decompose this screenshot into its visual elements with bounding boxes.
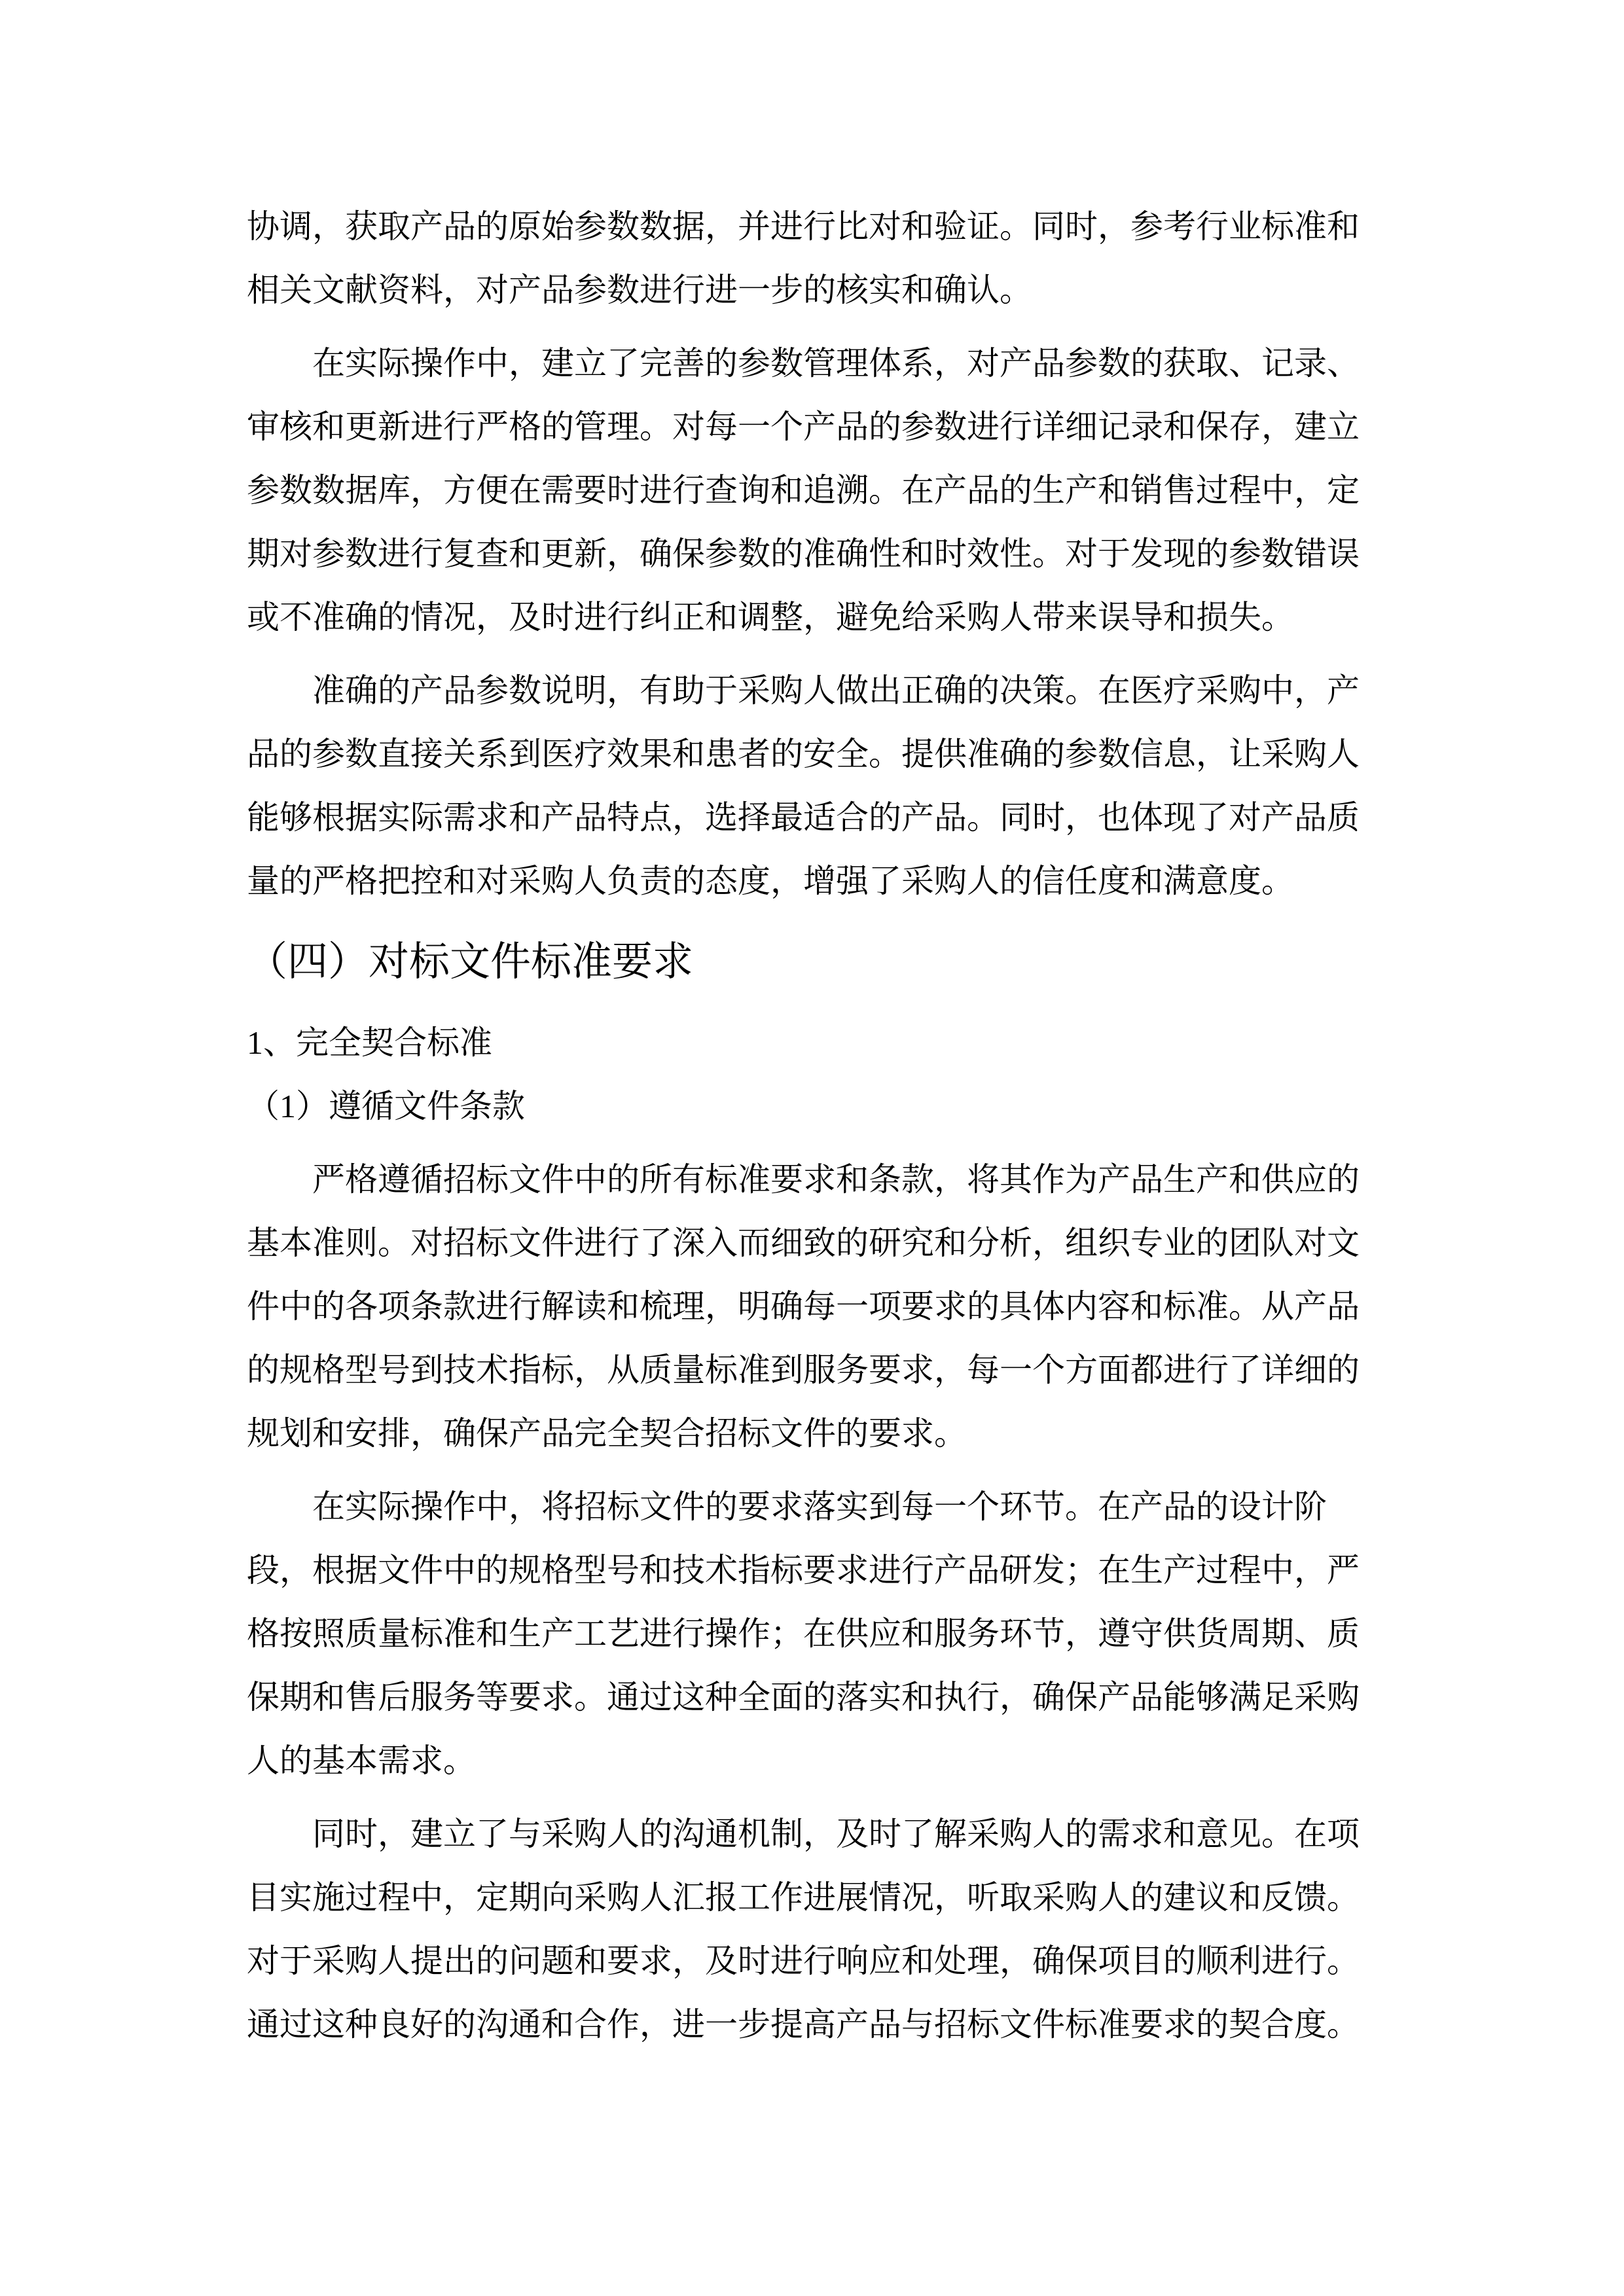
text-line: 审核和更新进行严格的管理。对每一个产品的参数进行详细记录和保存，建立: [247, 395, 1379, 459]
section-heading-block: （四）对标文件标准要求: [247, 923, 1379, 1001]
text-line: 同时，建立了与采购人的沟通机制，及时了解采购人的需求和意见。在项: [247, 1803, 1379, 1866]
paragraph: 协调，获取产品的原始参数数据，并进行比对和验证。同时，参考行业标准和 相关文献资…: [247, 195, 1379, 322]
text-line: 准确的产品参数说明，有助于采购人做出正确的决策。在医疗采购中，产: [247, 659, 1379, 723]
document-page: 协调，获取产品的原始参数数据，并进行比对和验证。同时，参考行业标准和 相关文献资…: [0, 0, 1624, 2296]
text-line: 参数数据库，方便在需要时进行查询和追溯。在产品的生产和销售过程中，定: [247, 459, 1379, 522]
text-line: 对于采购人提出的问题和要求，及时进行响应和处理，确保项目的顺利进行。: [247, 1929, 1379, 1993]
paragraph: 严格遵循招标文件中的所有标准要求和条款，将其作为产品生产和供应的 基本准则。对招…: [247, 1148, 1379, 1465]
sub-item-heading-block: （1）遵循文件条款: [247, 1075, 1379, 1138]
document-body: 协调，获取产品的原始参数数据，并进行比对和验证。同时，参考行业标准和 相关文献资…: [247, 195, 1379, 2056]
text-line: 在实际操作中，建立了完善的参数管理体系，对产品参数的获取、记录、: [247, 332, 1379, 395]
text-line: 目实施过程中，定期向采购人汇报工作进展情况，听取采购人的建议和反馈。: [247, 1866, 1379, 1929]
text-line: 能够根据实际需求和产品特点，选择最适合的产品。同时，也体现了对产品质: [247, 786, 1379, 850]
section-heading: （四）对标文件标准要求: [247, 923, 1379, 1001]
text-line: 量的严格把控和对采购人负责的态度，增强了采购人的信任度和满意度。: [247, 850, 1379, 913]
text-line: 通过这种良好的沟通和合作，进一步提高产品与招标文件标准要求的契合度。: [247, 1993, 1379, 2056]
numbered-item-heading-block: 1、完全契合标准: [247, 1011, 1379, 1075]
text-line: 品的参数直接关系到医疗效果和患者的安全。提供准确的参数信息，让采购人: [247, 723, 1379, 786]
text-line: 人的基本需求。: [247, 1729, 1379, 1793]
paragraph: 准确的产品参数说明，有助于采购人做出正确的决策。在医疗采购中，产 品的参数直接关…: [247, 659, 1379, 913]
paragraph: 同时，建立了与采购人的沟通机制，及时了解采购人的需求和意见。在项 目实施过程中，…: [247, 1803, 1379, 2056]
text-line: 保期和售后服务等要求。通过这种全面的落实和执行，确保产品能够满足采购: [247, 1666, 1379, 1729]
paragraph: 在实际操作中，将招标文件的要求落实到每一个环节。在产品的设计阶 段，根据文件中的…: [247, 1475, 1379, 1793]
text-line: 段，根据文件中的规格型号和技术指标要求进行产品研发；在生产过程中，严: [247, 1539, 1379, 1602]
text-line: 协调，获取产品的原始参数数据，并进行比对和验证。同时，参考行业标准和: [247, 195, 1379, 259]
sub-item-heading: （1）遵循文件条款: [247, 1075, 1379, 1138]
text-line: 格按照质量标准和生产工艺进行操作；在供应和服务环节，遵守供货周期、质: [247, 1602, 1379, 1666]
numbered-item-heading: 1、完全契合标准: [247, 1011, 1379, 1075]
text-line: 或不准确的情况，及时进行纠正和调整，避免给采购人带来误导和损失。: [247, 586, 1379, 649]
paragraph: 在实际操作中，建立了完善的参数管理体系，对产品参数的获取、记录、 审核和更新进行…: [247, 332, 1379, 649]
text-line: 严格遵循招标文件中的所有标准要求和条款，将其作为产品生产和供应的: [247, 1148, 1379, 1211]
text-line: 规划和安排，确保产品完全契合招标文件的要求。: [247, 1402, 1379, 1465]
text-line: 期对参数进行复查和更新，确保参数的准确性和时效性。对于发现的参数错误: [247, 522, 1379, 586]
text-line: 在实际操作中，将招标文件的要求落实到每一个环节。在产品的设计阶: [247, 1475, 1379, 1539]
text-line: 基本准则。对招标文件进行了深入而细致的研究和分析，组织专业的团队对文: [247, 1211, 1379, 1275]
text-line: 相关文献资料，对产品参数进行进一步的核实和确认。: [247, 259, 1379, 322]
text-line: 件中的各项条款进行解读和梳理，明确每一项要求的具体内容和标准。从产品: [247, 1275, 1379, 1338]
text-line: 的规格型号到技术指标，从质量标准到服务要求，每一个方面都进行了详细的: [247, 1338, 1379, 1402]
